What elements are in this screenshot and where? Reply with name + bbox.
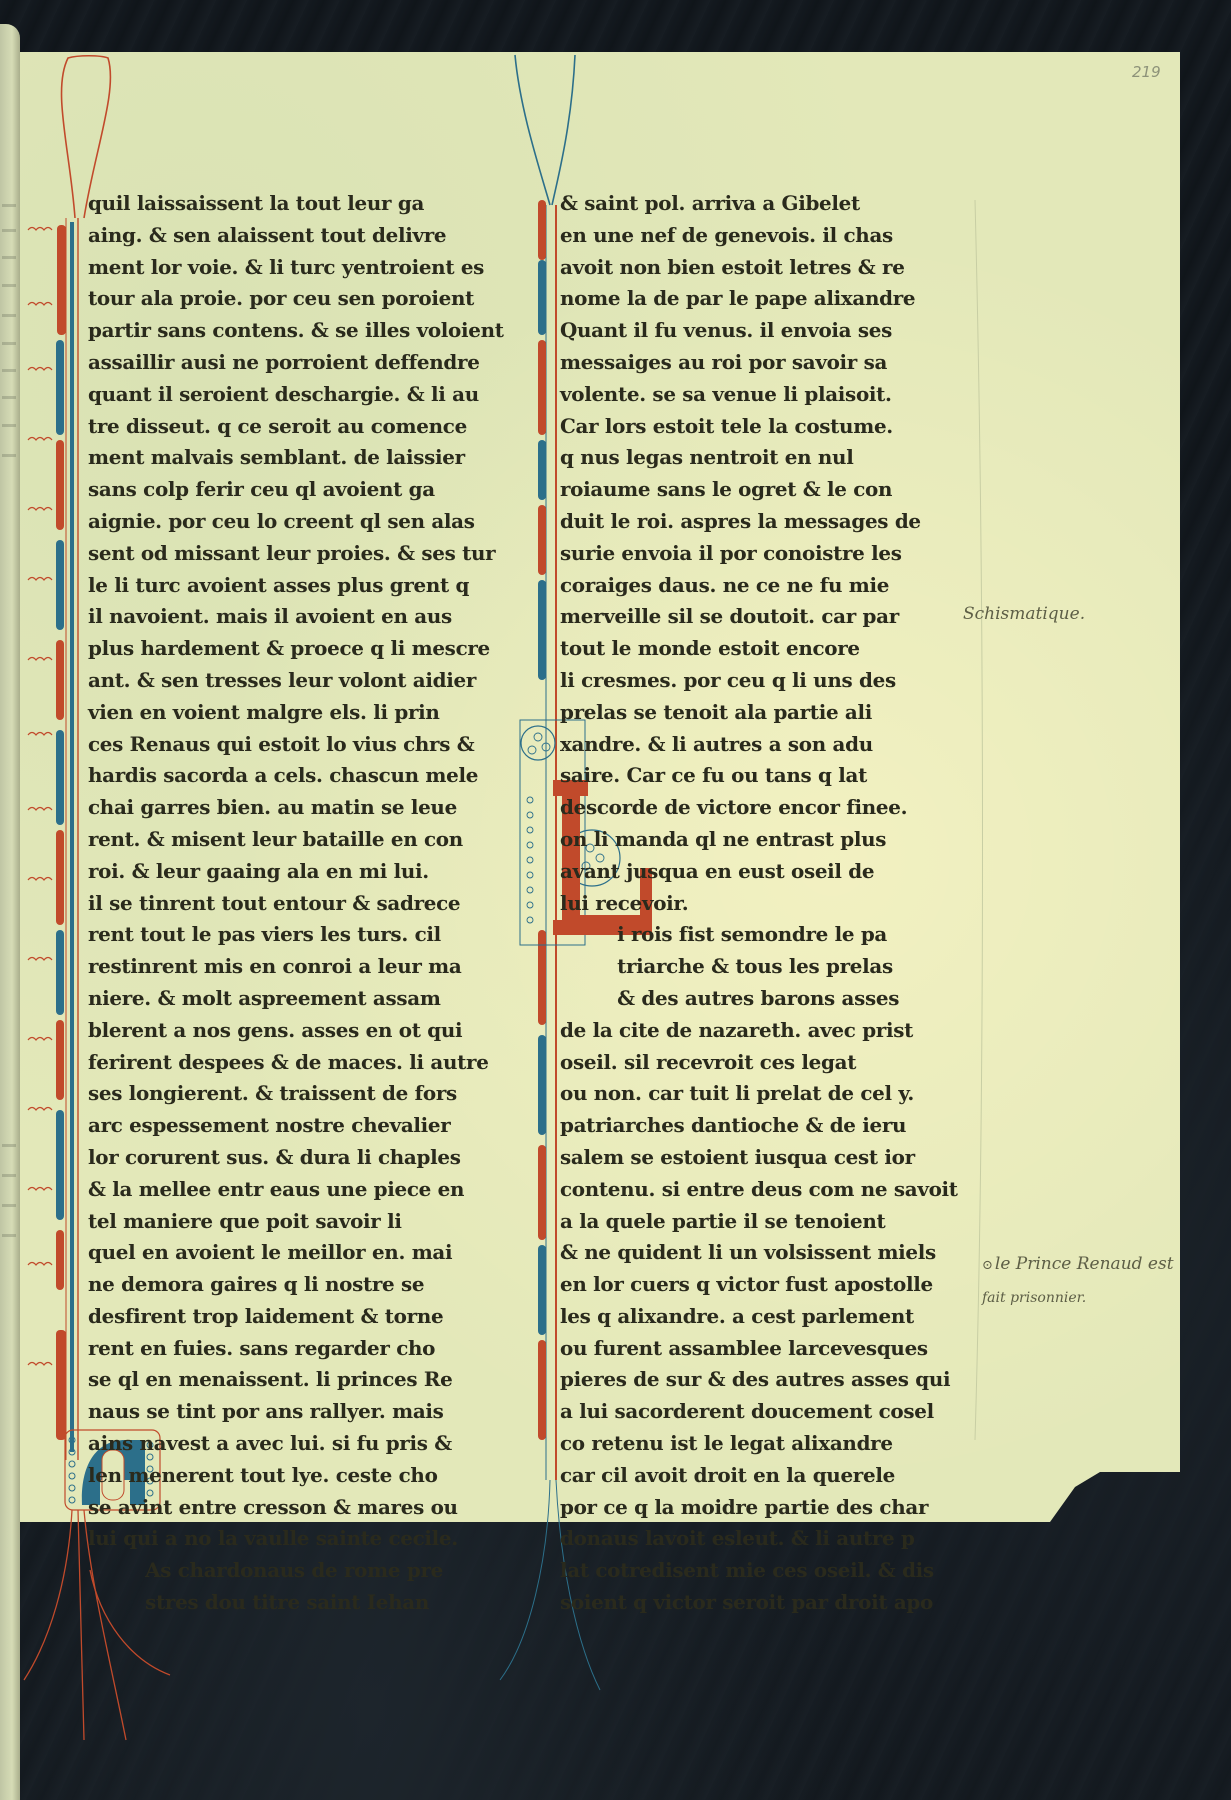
- text-line: avoit non bien estoit letres & re: [560, 252, 988, 284]
- text-line: tout le monde estoit encore: [560, 633, 988, 665]
- text-line: a lui sacorderent doucement cosel: [560, 1396, 988, 1428]
- marginal-note-schismatique: Schismatique.: [963, 604, 1085, 624]
- text-line: lat cotredisent mie ces oseil. & dis: [560, 1555, 988, 1587]
- text-line: lui recevoir.: [560, 888, 988, 920]
- text-line: car cil avoit droit en la querele: [560, 1460, 988, 1492]
- text-line: partir sans contens. & se illes voloient: [88, 315, 508, 347]
- folio-number: 219: [1132, 63, 1161, 81]
- text-line: surie envoia il por conoistre les: [560, 538, 988, 570]
- text-line: de la cite de nazareth. avec prist: [560, 1015, 988, 1047]
- text-line: plus hardement & proece q li mescre: [88, 633, 508, 665]
- text-column-a: quil laissaissent la tout leur ga aing. …: [88, 188, 500, 1619]
- text-line: en lor cuers q victor fust apostolle: [560, 1269, 988, 1301]
- text-line: ains navest a avec lui. si fu pris &: [88, 1428, 508, 1460]
- text-line: rent tout le pas viers les turs. cil: [88, 919, 508, 951]
- text-line: on li manda ql ne entrast plus: [560, 824, 988, 856]
- text-line: assaillir ausi ne porroient deffendre: [88, 347, 508, 379]
- text-line: roi. & leur gaaing ala en mi lui.: [88, 856, 508, 888]
- text-line: naus se tint por ans rallyer. mais: [88, 1396, 508, 1428]
- text-line: merveille sil se doutoit. car par: [560, 601, 988, 633]
- text-line: por ce q la moidre partie des char: [560, 1492, 988, 1524]
- text-line: duit le roi. aspres la messages de: [560, 506, 988, 538]
- text-line: As chardonaus de rome pre: [88, 1555, 508, 1587]
- previous-page-edge: [0, 24, 20, 1800]
- text-line: desfirent trop laidement & torne: [88, 1301, 508, 1333]
- text-line: arc espessement nostre chevalier: [88, 1110, 508, 1142]
- text-line: ou non. car tuit li prelat de cel y.: [560, 1078, 988, 1110]
- text-line: se ql en menaissent. li princes Re: [88, 1364, 508, 1396]
- text-line: Car lors estoit tele la costume.: [560, 411, 988, 443]
- paraph-mark-icon: ⊙: [982, 1258, 993, 1273]
- text-line: chai garres bien. au matin se leue: [88, 792, 508, 824]
- marginal-note-prince-renaud: ⊙le Prince Renaud est: [982, 1254, 1174, 1274]
- text-line: rent. & misent leur bataille en con: [88, 824, 508, 856]
- text-line: ant. & sen tresses leur volont aidier: [88, 665, 508, 697]
- text-line: blerent a nos gens. asses en ot qui: [88, 1015, 508, 1047]
- text-line: niere. & molt aspreement assam: [88, 983, 508, 1015]
- text-line: aignie. por ceu lo creent ql sen alas: [88, 506, 508, 538]
- text-line: se avint entre cresson & mares ou: [88, 1492, 508, 1524]
- text-line: avant jusqua en eust oseil de: [560, 856, 988, 888]
- text-line: tour ala proie. por ceu sen poroient: [88, 283, 508, 315]
- text-line: ment malvais semblant. de laissier: [88, 442, 508, 474]
- text-line: patriarches dantioche & de ieru: [560, 1110, 988, 1142]
- text-line: oseil. sil recevroit ces legat: [560, 1047, 988, 1079]
- text-line: sans colp ferir ceu ql avoient ga: [88, 474, 508, 506]
- text-line: en une nef de genevois. il chas: [560, 220, 988, 252]
- text-column-b: & saint pol. arriva a Gibelet en une nef…: [560, 188, 980, 1619]
- text-line: prelas se tenoit ala partie ali: [560, 697, 988, 729]
- text-line: ces Renaus qui estoit lo vius chrs &: [88, 729, 508, 761]
- text-line: coraiges daus. ne ce ne fu mie: [560, 570, 988, 602]
- text-line: co retenu ist le legat alixandre: [560, 1428, 988, 1460]
- text-line: salem se estoient iusqua cest ior: [560, 1142, 988, 1174]
- text-line: vien en voient malgre els. li prin: [88, 697, 508, 729]
- text-line: Quant il fu venus. il envoia ses: [560, 315, 988, 347]
- text-line: stres dou titre saint Iehan: [88, 1587, 508, 1619]
- text-line: quil laissaissent la tout leur ga: [88, 188, 508, 220]
- text-line: & la mellee entr eaus une piece en: [88, 1174, 508, 1206]
- text-line: triarche & tous les prelas: [560, 951, 988, 983]
- text-line: quel en avoient le meillor en. mai: [88, 1237, 508, 1269]
- text-line: ou furent assamblee larcevesques: [560, 1333, 988, 1365]
- text-line: xandre. & li autres a son adu: [560, 729, 988, 761]
- text-line: ses longierent. & traissent de fors: [88, 1078, 508, 1110]
- text-line: i rois fist semondre le pa: [560, 919, 988, 951]
- text-line: les q alixandre. a cest parlement: [560, 1301, 988, 1333]
- text-line: il se tinrent tout entour & sadrece: [88, 888, 508, 920]
- text-line: soient q victor seroit par droit apo: [560, 1587, 988, 1619]
- text-line: li cresmes. por ceu q li uns des: [560, 665, 988, 697]
- text-line: tel maniere que poit savoir li: [88, 1206, 508, 1238]
- text-line: rent en fuies. sans regarder cho: [88, 1333, 508, 1365]
- text-line: lui qui a no la vaulle sainte cecile.: [88, 1523, 508, 1555]
- text-line: sent od missant leur proies. & ses tur: [88, 538, 508, 570]
- text-line: q nus legas nentroit en nul: [560, 442, 988, 474]
- text-line: & des autres barons asses: [560, 983, 988, 1015]
- text-line: contenu. si entre deus com ne savoit: [560, 1174, 988, 1206]
- text-line: hardis sacorda a cels. chascun mele: [88, 760, 508, 792]
- marginal-note-line-1: le Prince Renaud est: [995, 1254, 1174, 1274]
- text-line: ment lor voie. & li turc yentroient es: [88, 252, 508, 284]
- text-line: restinrent mis en conroi a leur ma: [88, 951, 508, 983]
- text-line: ferirent despees & de maces. li autre: [88, 1047, 508, 1079]
- text-line: tre disseut. q ce seroit au comence: [88, 411, 508, 443]
- text-line: aing. & sen alaissent tout delivre: [88, 220, 508, 252]
- text-line: nome la de par le pape alixandre: [560, 283, 988, 315]
- text-line: quant il seroient deschargie. & li au: [88, 379, 508, 411]
- text-line: len menerent tout lye. ceste cho: [88, 1460, 508, 1492]
- text-line: volente. se sa venue li plaisoit.: [560, 379, 988, 411]
- text-line: messaiges au roi por savoir sa: [560, 347, 988, 379]
- text-line: saire. Car ce fu ou tans q lat: [560, 760, 988, 792]
- text-line: donaus lavoit esleut. & li autre p: [560, 1523, 988, 1555]
- text-line: & saint pol. arriva a Gibelet: [560, 188, 988, 220]
- marginal-note-prisonnier: fait prisonnier.: [982, 1290, 1086, 1306]
- text-line: lor corurent sus. & dura li chaples: [88, 1142, 508, 1174]
- text-line: descorde de victore encor finee.: [560, 792, 988, 824]
- text-line: pieres de sur & des autres asses qui: [560, 1364, 988, 1396]
- text-line: ne demora gaires q li nostre se: [88, 1269, 508, 1301]
- text-line: il navoient. mais il avoient en aus: [88, 601, 508, 633]
- text-line: a la quele partie il se tenoient: [560, 1206, 988, 1238]
- text-line: le li turc avoient asses plus grent q: [88, 570, 508, 602]
- text-line: & ne quident li un volsissent miels: [560, 1237, 988, 1269]
- text-line: roiaume sans le ogret & le con: [560, 474, 988, 506]
